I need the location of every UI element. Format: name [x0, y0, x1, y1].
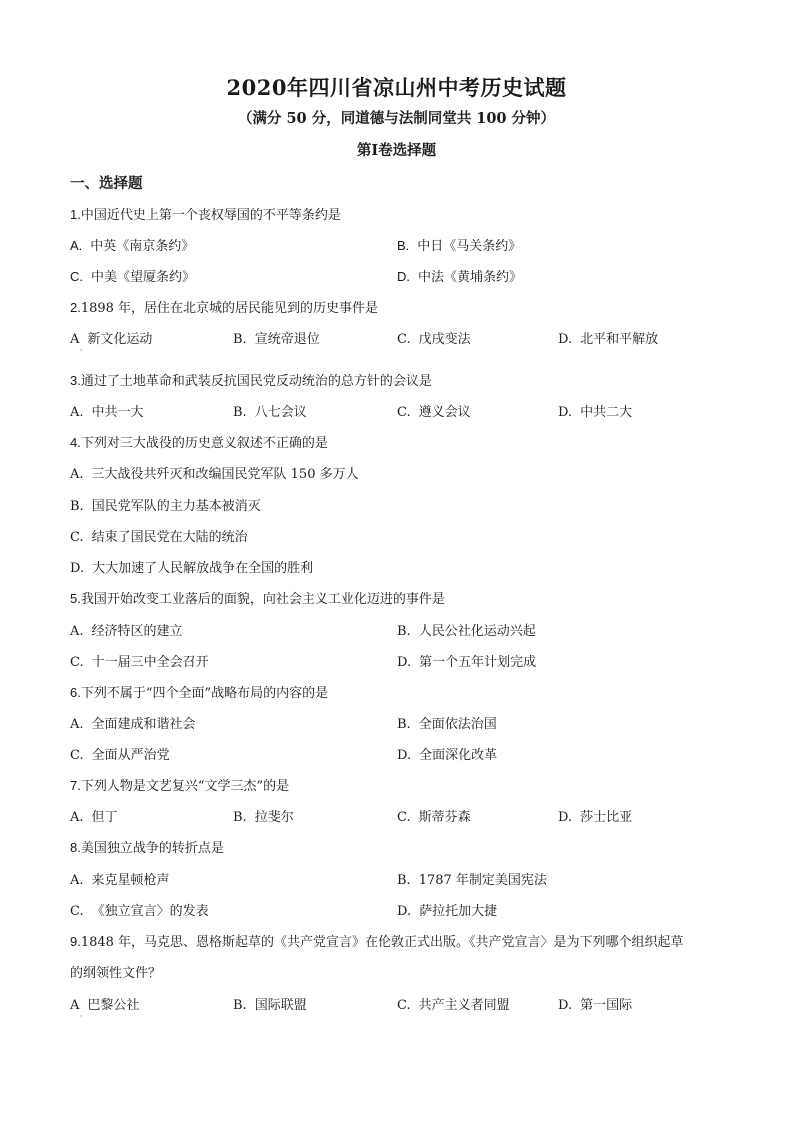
option-letter: B.	[233, 332, 247, 347]
question-9-continued: 的纲领性文件？	[70, 962, 161, 981]
option-8b: B.1787 年制定美国宪法	[397, 869, 547, 888]
option-5c: C.十一届三中全会召开	[70, 651, 209, 670]
question-number: 9.	[70, 934, 81, 949]
option-letter: B.	[233, 405, 247, 420]
option-text: 1787 年制定美国宪法	[419, 873, 547, 888]
question-1: 1.中国近代史上第一个丧权辱国的不平等条约是	[70, 204, 341, 223]
question-9: 9.1848 年，马克思、恩格斯起草的《共产党宣言》在伦敦正式出版。《共产党宣言…	[70, 931, 684, 950]
option-text: 人民公社化运动兴起	[419, 624, 536, 639]
stray-mark: '	[80, 348, 82, 357]
option-letter: A.	[70, 717, 84, 732]
option-4d: D.大大加速了人民解放战争在全国的胜利	[70, 557, 313, 576]
option-letter: C.	[70, 530, 84, 545]
option-letter: C.	[70, 748, 84, 763]
option-9b: B.国际联盟	[233, 994, 307, 1013]
option-1c: C.中美《望厦条约》	[70, 266, 195, 285]
option-text: 共产主义者同盟	[419, 998, 510, 1013]
option-4c: C.结束了国民党在大陆的统治	[70, 526, 248, 545]
option-3d: D.中共二大	[558, 401, 632, 420]
option-9c: C.共产主义者同盟	[397, 994, 510, 1013]
option-letter: A.	[70, 624, 84, 639]
option-text: 结束了国民党在大陆的统治	[92, 530, 248, 545]
question-text: 下列人物是文艺复兴“文学三杰”的是	[81, 779, 289, 794]
question-6: 6.下列不属于“四个全面”战略布局的内容的是	[70, 682, 328, 701]
option-text: 宣统帝退位	[255, 332, 320, 347]
option-4b: B.国民党军队的主力基本被消灭	[70, 495, 261, 514]
option-letter: C.	[70, 269, 83, 284]
option-text: 萨拉托加大捷	[419, 904, 497, 919]
option-7b: B.拉斐尔	[233, 806, 294, 825]
option-letter: C.	[397, 332, 411, 347]
option-letter: C.	[397, 405, 411, 420]
question-4: 4.下列对三大战役的历史意义叙述不正确的是	[70, 432, 328, 451]
option-text: 第一国际	[580, 998, 632, 1013]
option-letter: B.	[397, 717, 411, 732]
exam-subtitle: （满分 50 分，同道德与法制同堂共 100 分钟）	[0, 107, 793, 128]
option-text: 北平和平解放	[580, 332, 658, 347]
option-letter: A.	[70, 873, 84, 888]
option-text: 经济特区的建立	[92, 624, 183, 639]
question-text: 通过了土地革命和武装反抗国民党反动统治的总方针的会议是	[81, 374, 432, 389]
option-text: 但丁	[92, 810, 118, 825]
stray-mark: '	[80, 1014, 82, 1023]
option-1d: D.中法《黄埔条约》	[397, 266, 522, 285]
question-text: 下列对三大战役的历史意义叙述不正确的是	[81, 436, 328, 451]
option-5b: B.人民公社化运动兴起	[397, 620, 536, 639]
question-8: 8.美国独立战争的转折点是	[70, 837, 224, 856]
option-6a: A.全面建成和谐社会	[70, 713, 196, 732]
option-letter: D.	[397, 904, 411, 919]
section-title: 一、选择题	[70, 172, 143, 193]
option-text: 中日《马关条约》	[417, 239, 521, 254]
option-letter: C.	[397, 810, 411, 825]
option-letter: D.	[397, 269, 410, 284]
option-letter: D.	[558, 405, 572, 420]
option-letter: A.	[70, 405, 84, 420]
option-text: 斯蒂芬森	[419, 810, 471, 825]
part-title: 第Ⅰ卷选择题	[0, 139, 793, 160]
option-5a: A.经济特区的建立	[70, 620, 183, 639]
option-letter: B.	[70, 499, 84, 514]
option-1b: B.中日《马关条约》	[397, 235, 521, 254]
option-letter: B.	[233, 998, 247, 1013]
option-text: 莎士比亚	[580, 810, 632, 825]
question-text: 下列不属于“四个全面”战略布局的内容的是	[81, 686, 328, 701]
option-text: 第一个五年计划完成	[419, 655, 536, 670]
option-7c: C.斯蒂芬森	[397, 806, 471, 825]
option-2a: A新文化运动	[70, 328, 152, 347]
option-letter: A	[70, 332, 79, 347]
option-5d: D.第一个五年计划完成	[397, 651, 536, 670]
option-letter: B.	[397, 873, 411, 888]
option-text: 巴黎公社	[87, 998, 139, 1013]
option-8c: C.《独立宣言〉的发表	[70, 900, 209, 919]
option-9a: A巴黎公社	[70, 994, 139, 1013]
option-letter: A.	[70, 238, 82, 253]
question-3: 3.通过了土地革命和武装反抗国民党反动统治的总方针的会议是	[70, 370, 432, 389]
option-7a: A.但丁	[70, 806, 118, 825]
option-letter: B.	[397, 624, 411, 639]
option-letter: D.	[558, 998, 572, 1013]
option-text: 中共一大	[92, 405, 144, 420]
option-letter: C.	[397, 998, 411, 1013]
option-text: 遵义会议	[419, 405, 471, 420]
page-title: 2020年四川省凉山州中考历史试题	[0, 72, 793, 102]
option-letter: D.	[397, 655, 411, 670]
question-number: 4.	[70, 435, 81, 450]
question-7: 7.下列人物是文艺复兴“文学三杰”的是	[70, 775, 289, 794]
option-text: 拉斐尔	[255, 810, 294, 825]
option-3a: A.中共一大	[70, 401, 144, 420]
option-text: 新文化运动	[87, 332, 152, 347]
question-number: 8.	[70, 840, 81, 855]
option-text: 中法《黄埔条约》	[418, 270, 522, 285]
option-3c: C.遵义会议	[397, 401, 471, 420]
option-6c: C.全面从严治党	[70, 744, 170, 763]
question-number: 3.	[70, 373, 81, 388]
option-text: 《独立宣言〉的发表	[92, 904, 209, 919]
option-text: 国际联盟	[255, 998, 307, 1013]
option-text: 八七会议	[255, 405, 307, 420]
option-text: 中英《南京条约》	[90, 239, 194, 254]
question-5: 5.我国开始改变工业落后的面貌，向社会主义工业化迈进的事件是	[70, 588, 445, 607]
option-letter: C.	[70, 655, 84, 670]
question-number: 7.	[70, 778, 81, 793]
option-3b: B.八七会议	[233, 401, 307, 420]
option-1a: A.中英《南京条约》	[70, 235, 194, 254]
option-letter: B.	[397, 238, 409, 253]
option-text: 全面建成和谐社会	[92, 717, 196, 732]
option-letter: D.	[558, 332, 572, 347]
question-text: 美国独立战争的转折点是	[81, 841, 224, 856]
option-text: 来克星顿枪声	[92, 873, 170, 888]
option-8a: A.来克星顿枪声	[70, 869, 170, 888]
question-2: 2.1898 年，居住在北京城的居民能见到的历史事件是	[70, 297, 378, 316]
option-text: 十一届三中全会召开	[92, 655, 209, 670]
option-text: 国民党军队的主力基本被消灭	[92, 499, 261, 514]
option-letter: B.	[233, 810, 247, 825]
option-text: 大大加速了人民解放战争在全国的胜利	[92, 561, 313, 576]
question-number: 2.	[70, 300, 81, 315]
option-letter: D.	[558, 810, 572, 825]
option-letter: C.	[70, 904, 84, 919]
option-9d: D.第一国际	[558, 994, 632, 1013]
option-6b: B.全面依法治国	[397, 713, 497, 732]
option-2b: B.宣统帝退位	[233, 328, 320, 347]
option-7d: D.莎士比亚	[558, 806, 632, 825]
option-letter: A.	[70, 467, 84, 482]
option-text: 三大战役共歼灭和改编国民党军队 150 多万人	[92, 467, 359, 482]
option-text: 中美《望厦条约》	[91, 270, 195, 285]
question-text: 1848 年，马克思、恩格斯起草的《共产党宣言》在伦敦正式出版。《共产党宣言〉是…	[81, 935, 684, 950]
option-2d: D.北平和平解放	[558, 328, 658, 347]
option-letter: D.	[397, 748, 411, 763]
option-letter: D.	[70, 561, 84, 576]
question-number: 6.	[70, 685, 81, 700]
option-8d: D.萨拉托加大捷	[397, 900, 497, 919]
option-text: 中共二大	[580, 405, 632, 420]
question-number: 1.	[70, 207, 81, 222]
question-text: 中国近代史上第一个丧权辱国的不平等条约是	[81, 208, 341, 223]
option-6d: D.全面深化改革	[397, 744, 497, 763]
option-letter: A.	[70, 810, 84, 825]
option-text: 全面深化改革	[419, 748, 497, 763]
option-4a: A.三大战役共歼灭和改编国民党军队 150 多万人	[70, 463, 359, 482]
option-letter: A	[70, 998, 79, 1013]
option-text: 戊戌变法	[419, 332, 471, 347]
option-text: 全面从严治党	[92, 748, 170, 763]
option-2c: C.戊戌变法	[397, 328, 471, 347]
question-text: 1898 年，居住在北京城的居民能见到的历史事件是	[81, 301, 378, 316]
question-text: 我国开始改变工业落后的面貌，向社会主义工业化迈进的事件是	[81, 592, 445, 607]
option-text: 全面依法治国	[419, 717, 497, 732]
question-number: 5.	[70, 591, 81, 606]
